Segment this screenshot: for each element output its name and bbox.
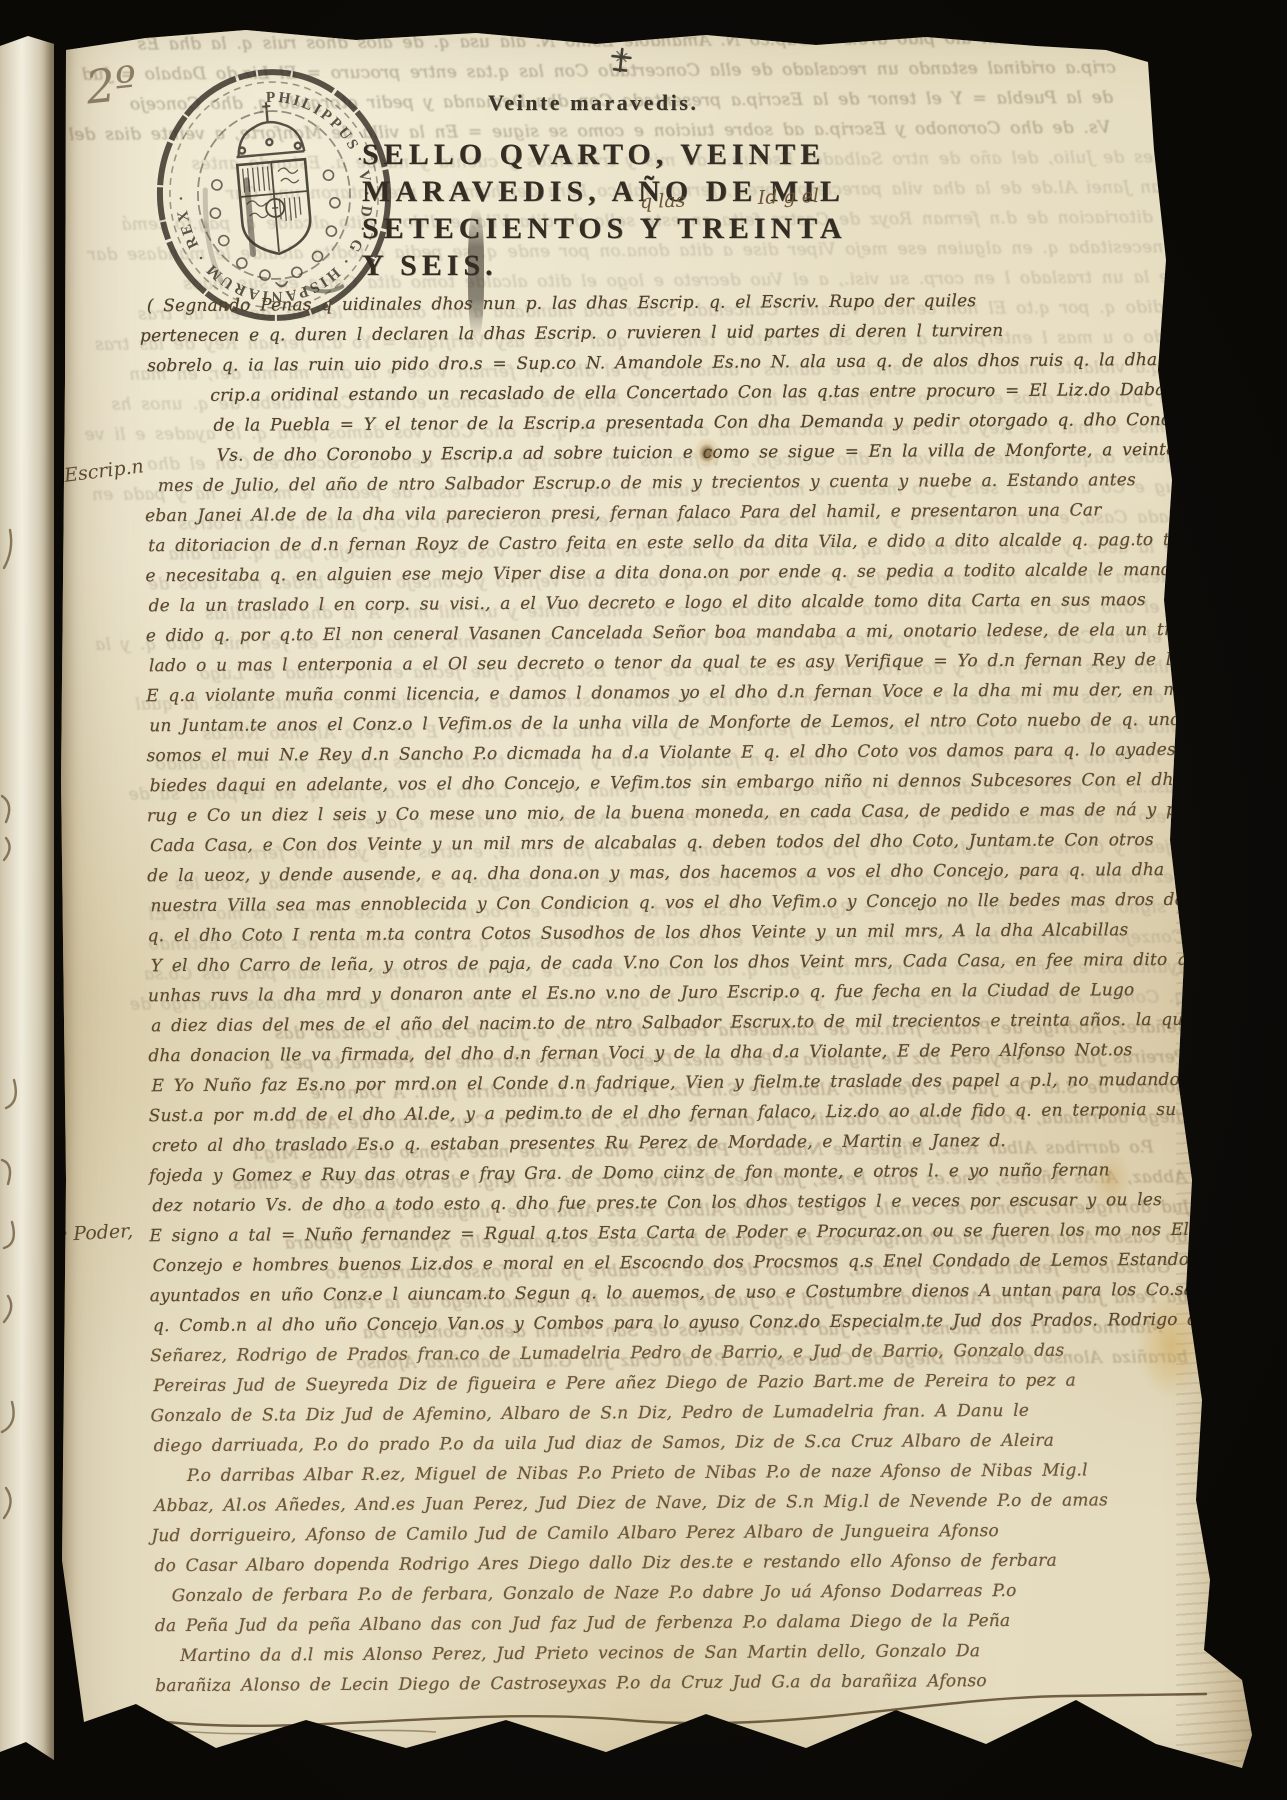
text-line: mes de Julio, del año de ntro Salbador E… <box>158 465 1200 501</box>
text-line: Y el dho Carro de leña, y otros de paja,… <box>151 945 1203 981</box>
folio-number: 2º <box>83 55 139 114</box>
adjacent-page-edge <box>0 0 54 1800</box>
margin-note-poder: e Poder, <box>56 1220 134 1246</box>
text-line: dez notario Vs. de dho a todo esto q. dh… <box>152 1185 1204 1221</box>
text-line: pertenecen e q. duren l declaren la dhas… <box>121 0 1185 30</box>
cross-plate-mark-icon <box>607 45 636 78</box>
tax-value-line: Veinte maravedis. <box>488 90 698 116</box>
text-line: sobrelo q. ia las ruin uio pido dro.s = … <box>147 345 1199 381</box>
text-line: creto al dho traslado Es.o q. estaban pr… <box>152 1125 1204 1161</box>
text-line: da Peña Jud da peña Albano das con Jud f… <box>155 1605 1207 1641</box>
text-line: Cada Casa, e Con dos Veinte y un mil mrs… <box>150 825 1202 861</box>
text-line: sobrelo q. ia las ruin uio pido dro.s = … <box>119 22 1179 59</box>
text-line: a diez dias del mes de el año del nacim.… <box>151 1005 1203 1041</box>
text-line: q. Comb.n al dho uño Concejo Van.os y Co… <box>153 1305 1205 1341</box>
text-line: lado o u mas l enterponia a el Ol seu de… <box>149 645 1201 681</box>
text-line: ta ditoriacion de d.n fernan Royz de Cas… <box>148 525 1200 561</box>
text-line: de la Puebla = Y el tenor de la Escrip.a… <box>213 405 1199 441</box>
text-line: do Casar Albaro dopenda Rodrigo Ares Die… <box>154 1545 1206 1581</box>
text-line: ( Segnando Penas q uidinales dhos nun p.… <box>147 285 1199 321</box>
text-line: nuestra Villa sea mas ennoblecida y Con … <box>150 885 1202 921</box>
text-line: SETECIENTOS Y TREINTA <box>362 210 847 247</box>
text-line: Conzejo e hombres buenos Liz.dos e moral… <box>153 1245 1205 1281</box>
text-line: SELLO QVARTO, VEINTE <box>362 136 847 173</box>
text-line: Y SEIS. <box>362 247 847 284</box>
text-line: de la un traslado l en corp. su visi., a… <box>149 585 1201 621</box>
text-line: un Juntam.te anos el Conz.o l Vefim.os d… <box>149 705 1201 741</box>
manuscript-scan: ( Segnando Penas q uidinales dhos nun p.… <box>0 0 1287 1800</box>
text-line: barañiza Alonso de Lecin Diego de Castro… <box>155 1665 1207 1701</box>
text-line: biedes daqui en adelante, vos el dho Con… <box>150 765 1202 801</box>
sello-printed-block: SELLO QVARTO, VEINTEMARAVEDIS, AÑO DE MI… <box>362 136 847 284</box>
document-page: ( Segnando Penas q uidinales dhos nun p.… <box>56 0 1262 1800</box>
text-line: diego darriuada, P.o do prado P.o da uil… <box>154 1425 1206 1461</box>
adjacent-page-ink-marks <box>0 0 54 1800</box>
text-line: Abbaz, Al.os Añedes, And.es Juan Perez, … <box>154 1485 1206 1521</box>
text-line: Pereiras Jud de Sueyreda Diz de figueira… <box>153 1365 1205 1401</box>
text-line: E Yo Nuño faz Es.no por mrd.on el Conde … <box>151 1065 1203 1101</box>
margin-note-escritura: Escrip.n <box>63 455 145 487</box>
manuscript-text: ( Segnando Penas q uidinales dhos nun p.… <box>144 285 1205 1701</box>
